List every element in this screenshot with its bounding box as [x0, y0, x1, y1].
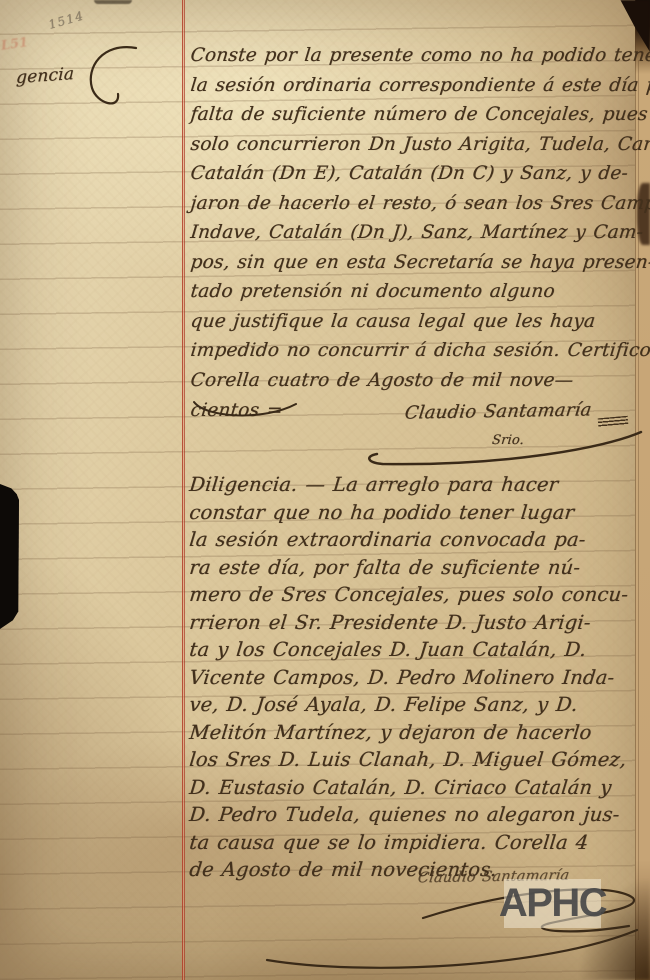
manuscript-text-line: constar que no ha podido tener lugar	[188, 499, 649, 527]
manuscript-scan: 1514 L51 gencia Conste por la presente c…	[0, 0, 650, 980]
signature-rubric-1	[355, 420, 647, 478]
manuscript-text-line: que justifique la causa legal que les ha…	[189, 307, 644, 337]
manuscript-text-line: Vicente Campos, D. Pedro Molinero Inda-	[188, 664, 649, 692]
binder-clip	[0, 484, 19, 629]
manuscript-text-line: la sesión ordinaria correspondiente á es…	[189, 71, 644, 101]
manuscript-text-line: los Sres D. Luis Clanah, D. Miguel Gómez…	[188, 746, 649, 774]
manuscript-text-line: solo concurrieron Dn Justo Arigita, Tude…	[189, 130, 644, 160]
manuscript-text-line: D. Eustasio Catalán, D. Ciriaco Catalán …	[188, 774, 649, 802]
margin-index-note: gencia	[16, 64, 75, 88]
manuscript-text-line: falta de suficiente número de Concejales…	[189, 100, 644, 130]
manuscript-text-line: rrieron el Sr. Presidente D. Justo Arigi…	[188, 609, 649, 637]
archive-watermark: APHC	[504, 879, 601, 928]
manuscript-text-line: ta causa que se lo impidiera. Corella 4	[188, 829, 649, 857]
manuscript-text-line: D. Pedro Tudela, quienes no alegaron jus…	[188, 801, 649, 829]
manuscript-text-line: jaron de hacerlo el resto, ó sean los Sr…	[189, 189, 644, 219]
manuscript-text-line: ra este día, por falta de suficiente nú-	[188, 554, 649, 582]
cientos-underline-flourish	[186, 396, 304, 424]
manuscript-text-line: Corella cuatro de Agosto de mil nove—	[189, 366, 644, 396]
entry-text-block-1: Conste por la presente como no ha podido…	[189, 41, 641, 425]
manuscript-text-line: tado pretensión ni documento alguno	[189, 277, 644, 307]
manuscript-text-line: Melitón Martínez, y dejaron de hacerlo	[188, 719, 649, 747]
manuscript-text-line: mero de Sres Concejales, pues solo concu…	[188, 581, 649, 609]
manuscript-text-line: Conste por la presente como no ha podido…	[189, 41, 644, 71]
manuscript-text-line: Catalán (Dn E), Catalán (Dn C) y Sanz, y…	[189, 159, 644, 189]
manuscript-text-line: ve, D. José Ayala, D. Felipe Sanz, y D.	[188, 691, 649, 719]
entry-text-block-2: Diligencia. — La arreglo para hacerconst…	[188, 471, 646, 884]
margin-flourish-stroke	[76, 40, 158, 120]
manuscript-text-line: la sesión extraordinaria convocada pa-	[188, 526, 649, 554]
manuscript-text-line: pos, sin que en esta Secretaría se haya …	[189, 248, 644, 278]
top-edge-mark	[94, 0, 132, 4]
manuscript-text-line: Indave, Catalán (Dn J), Sanz, Martínez y…	[189, 218, 644, 248]
manuscript-text-line: ta y los Concejales D. Juan Catalán, D.	[188, 636, 649, 664]
manuscript-text-line: impedido no concurrir á dicha sesión. Ce…	[189, 336, 644, 366]
red-margin-rule	[182, 0, 185, 980]
